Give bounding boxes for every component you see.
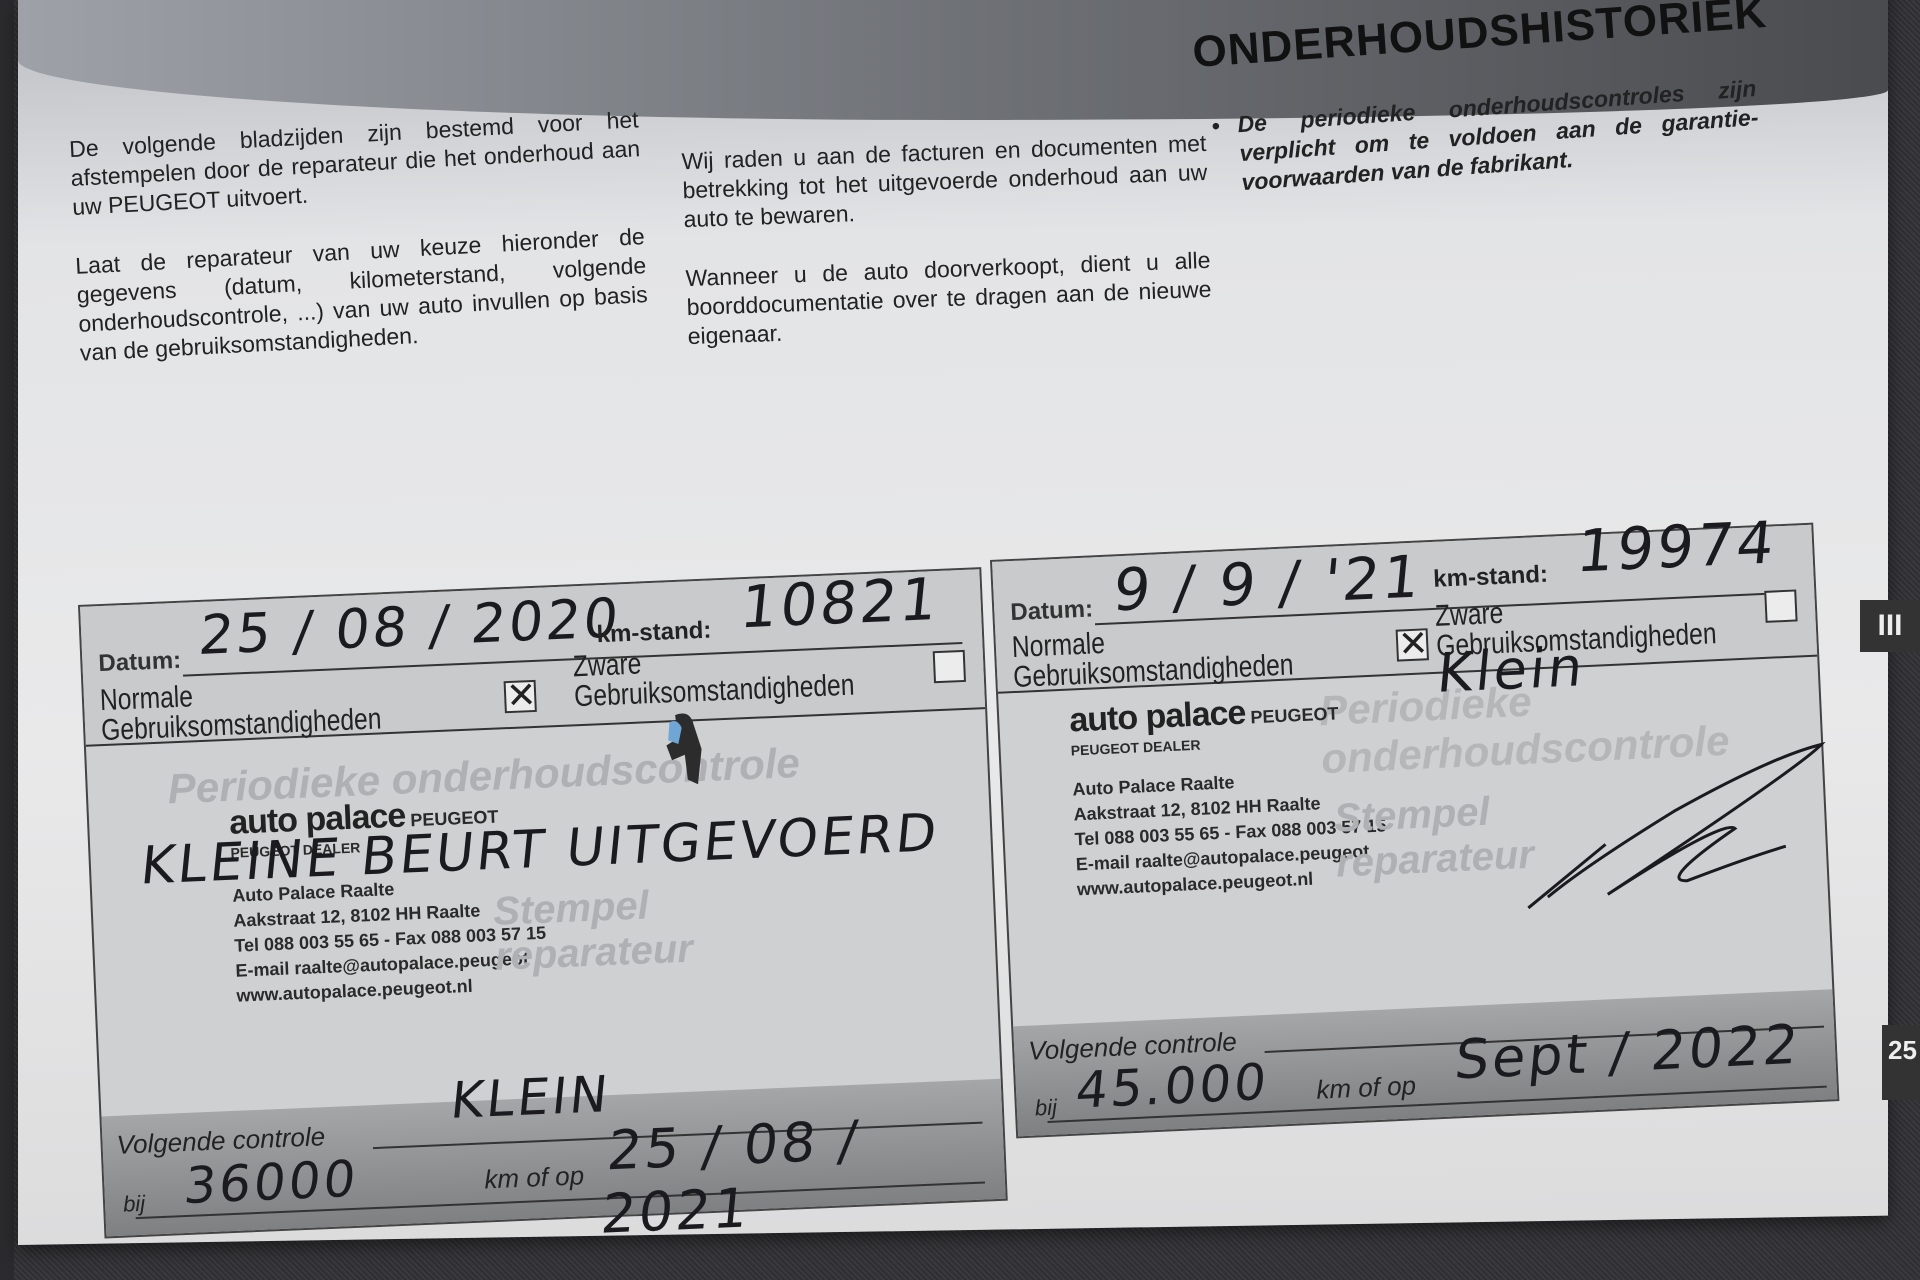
page-number: 25 [1882,1025,1920,1100]
km-stand-label: km-stand: [596,617,712,650]
service-entry-2: Datum: 9 / 9 / '21 km-stand: 19974 Norma… [990,523,1839,1139]
next-date-value[interactable]: Sept / 2022 [1452,1013,1804,1092]
datum-label: Datum: [1010,595,1094,627]
extra-checkbox[interactable] [1764,589,1797,622]
zware-label: Zware Gebruiksomstandigheden [572,641,855,713]
intro-column-2: Wij raden u aan de facturen en documente… [681,129,1214,381]
dealer-brand-suffix: PEUGEOT [1250,703,1339,727]
normale-label: Normale Gebruiksomstandigheden [1011,620,1294,693]
bij-label: bij [123,1191,146,1218]
datum-value[interactable]: 25 / 08 / 2020 [196,586,624,667]
next-service-band: Volgende controle KLEIN bij 36000 km of … [101,1079,1005,1237]
next-date-value[interactable]: 25 / 08 / 2021 [598,1102,1010,1245]
km-stand-value[interactable]: 10821 [737,565,943,642]
intro-column-1: De volgende bladzijden zijn bestemd voor… [69,105,652,397]
booklet-spine [0,0,14,1280]
intro-paragraph: Wij raden u aan de facturen en documente… [681,129,1209,234]
watermark-repairer: reparateur [494,927,694,980]
km-stand-label: km-stand: [1433,561,1549,594]
normale-label: Normale Gebruiksomstandigheden [99,674,382,746]
bij-label: bij [1034,1095,1057,1122]
dealer-brand: auto palace [1069,694,1247,740]
next-km-value[interactable]: 45.000 [1073,1053,1271,1120]
watermark-repairer: reparateur [1335,833,1535,887]
section-tab: III [1860,600,1920,652]
zware-checkbox-marked[interactable] [1396,628,1429,661]
intro-paragraph: Laat de reparateur van uw keuze hieronde… [75,222,650,368]
datum-label: Datum: [98,647,182,678]
next-km-value[interactable]: 36000 [182,1150,362,1216]
datum-value[interactable]: 9 / 9 / '21 [1110,542,1426,624]
volgende-controle-value[interactable]: KLEIN [448,1065,613,1130]
service-entry-1: Datum: 25 / 08 / 2020 km-stand: 10821 No… [78,567,1008,1238]
zware-checkbox[interactable] [933,650,966,683]
peugeot-lion-icon [655,709,708,791]
normale-checkbox[interactable] [504,680,537,713]
handwritten-note: Klein [1435,635,1589,705]
km-of-op-label: km of op [484,1160,585,1195]
page-title: ONDERHOUDSHISTORIEK [1191,0,1769,78]
km-of-op-label: km of op [1316,1070,1417,1105]
watermark-stamp: Stempel [1333,790,1490,842]
intro-paragraph: Wanneer u de auto doorverkoopt, dient u … [685,246,1213,351]
repairer-signature [1522,744,1829,917]
km-stand-value[interactable]: 19974 [1574,508,1780,585]
watermark-stamp: Stempel [492,883,649,934]
